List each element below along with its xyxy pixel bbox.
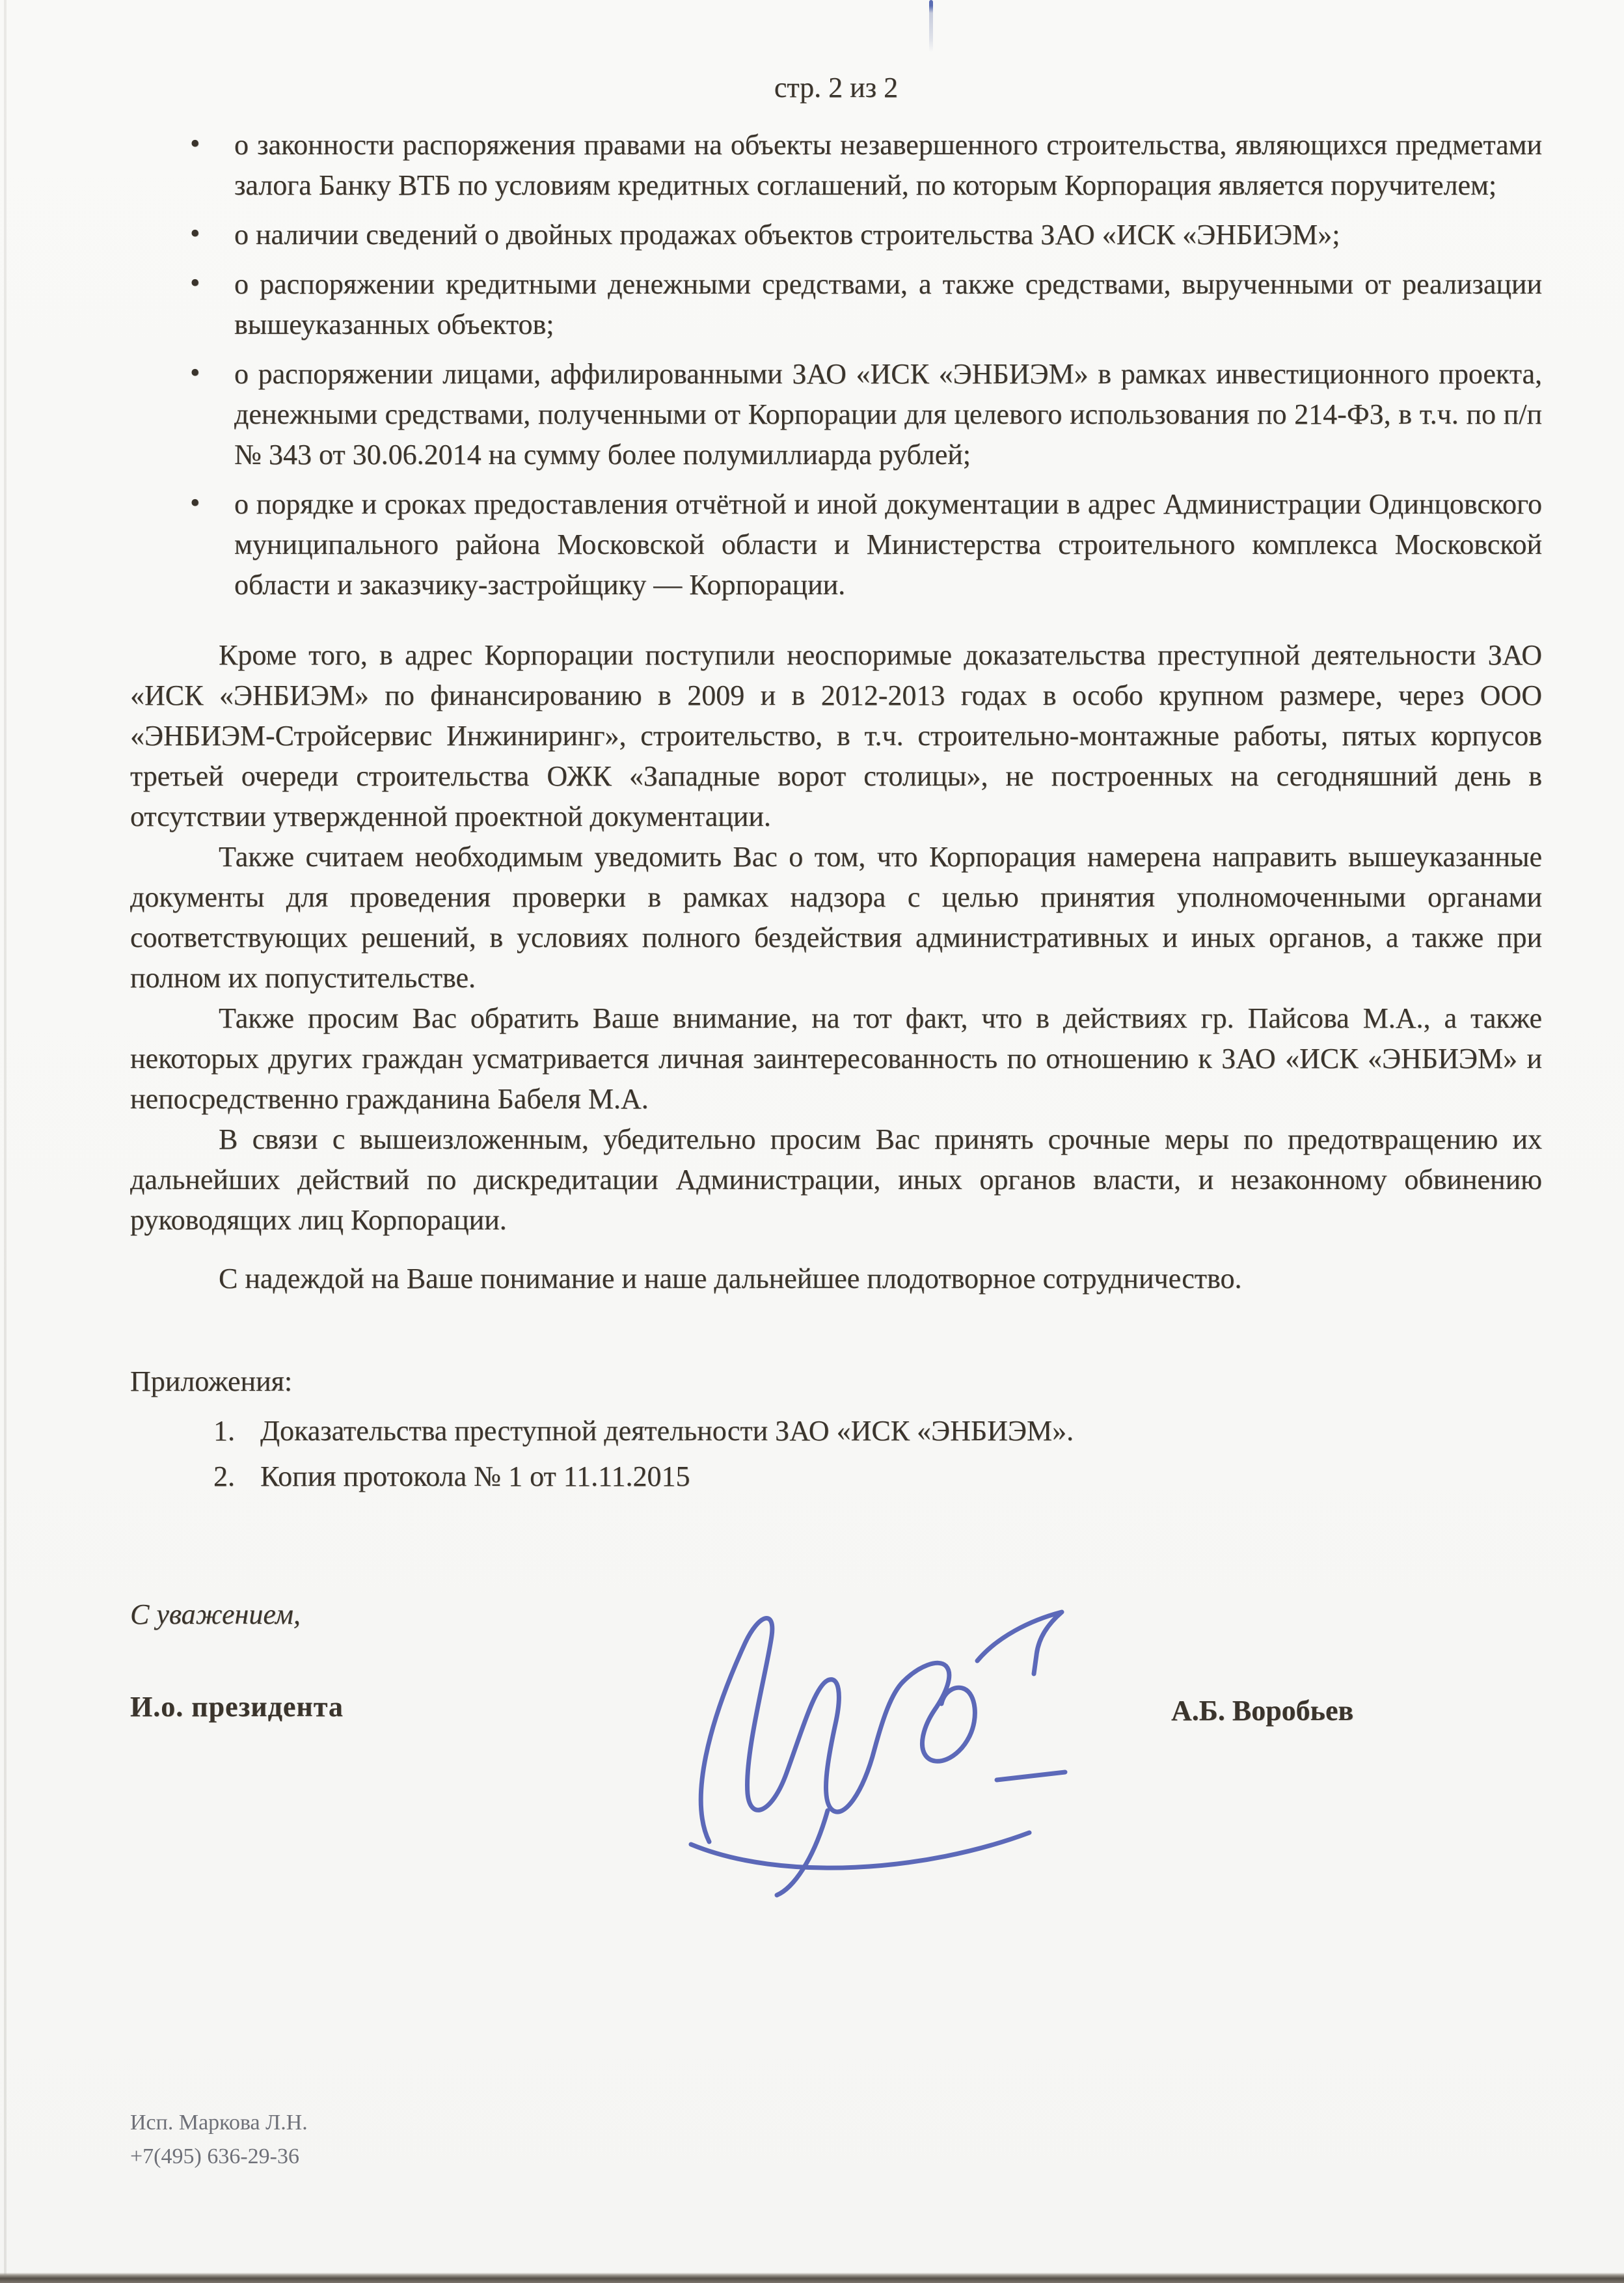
bullet-text: о законности распоряжения правами на объ… [234, 129, 1542, 201]
bullet-icon: • [190, 483, 200, 523]
attachment-text: Доказательства преступной деятельности З… [260, 1415, 1074, 1447]
letter-body: стр. 2 из 2 • о законности распоряжения … [130, 68, 1542, 1933]
bullet-text: о наличии сведений о двойных продажах об… [234, 219, 1340, 251]
bullet-item: • о законности распоряжения правами на о… [130, 125, 1542, 206]
scanned-letter-page: стр. 2 из 2 • о законности распоряжения … [0, 0, 1624, 2283]
footer-block: Исп. Маркова Л.Н. +7(495) 636-29-36 [130, 2106, 308, 2174]
paragraph: В связи с вышеизложенным, убедительно пр… [130, 1119, 1542, 1240]
footer-phone: +7(495) 636-29-36 [130, 2140, 308, 2174]
scan-left-edge-line [4, 0, 7, 2283]
paragraph: Также просим Вас обратить Ваше внимание,… [130, 998, 1542, 1119]
bullet-list: • о законности распоряжения правами на о… [130, 125, 1542, 605]
bullet-item: • о распоряжении лицами, аффилированными… [130, 354, 1542, 475]
paragraph: Также считаем необходимым уведомить Вас … [130, 837, 1542, 998]
bullet-text: о порядке и сроках предоставления отчётн… [234, 488, 1542, 601]
attachments-title: Приложения: [130, 1361, 1542, 1402]
signer-position: И.о. президента [130, 1687, 344, 1727]
attachment-number: 1. [213, 1411, 235, 1451]
bullet-item: • о распоряжении кредитными денежными ср… [130, 264, 1542, 345]
page-number: стр. 2 из 2 [130, 68, 1542, 108]
attachments-section: Приложения: 1. Доказательства преступной… [130, 1361, 1542, 1497]
attachments-list: 1. Доказательства преступной деятельност… [130, 1411, 1542, 1497]
signature-salutation: С уважением, [130, 1594, 301, 1635]
paragraph: Кроме того, в адрес Корпорации поступили… [130, 635, 1542, 837]
attachment-number: 2. [213, 1456, 235, 1497]
footer-executor-name: Исп. Маркова Л.Н. [130, 2106, 308, 2140]
scan-top-artifact-line [929, 0, 933, 52]
attachment-item: 2. Копия протокола № 1 от 11.11.2015 [130, 1456, 1542, 1497]
bullet-text: о распоряжении кредитными денежными сред… [234, 268, 1542, 340]
attachment-text: Копия протокола № 1 от 11.11.2015 [260, 1460, 690, 1492]
bullet-item: • о наличии сведений о двойных продажах … [130, 215, 1542, 255]
bullet-icon: • [190, 213, 200, 254]
attachment-item: 1. Доказательства преступной деятельност… [130, 1411, 1542, 1451]
handwritten-signature [612, 1581, 1080, 1907]
signature-block: С уважением, И.о. президента А.Б. Воробь… [130, 1594, 1542, 1933]
bullet-text: о распоряжении лицами, аффилированными З… [234, 358, 1542, 471]
signer-name: А.Б. Воробьев [1171, 1691, 1353, 1731]
bullet-icon: • [190, 263, 200, 303]
closing-line: С надеждой на Ваше понимание и наше даль… [130, 1259, 1542, 1299]
bullet-item: • о порядке и сроках предоставления отчё… [130, 484, 1542, 605]
scan-bottom-edge [0, 2273, 1624, 2283]
bullet-icon: • [190, 353, 200, 393]
paragraph-block: Кроме того, в адрес Корпорации поступили… [130, 635, 1542, 1299]
bullet-icon: • [190, 124, 200, 164]
